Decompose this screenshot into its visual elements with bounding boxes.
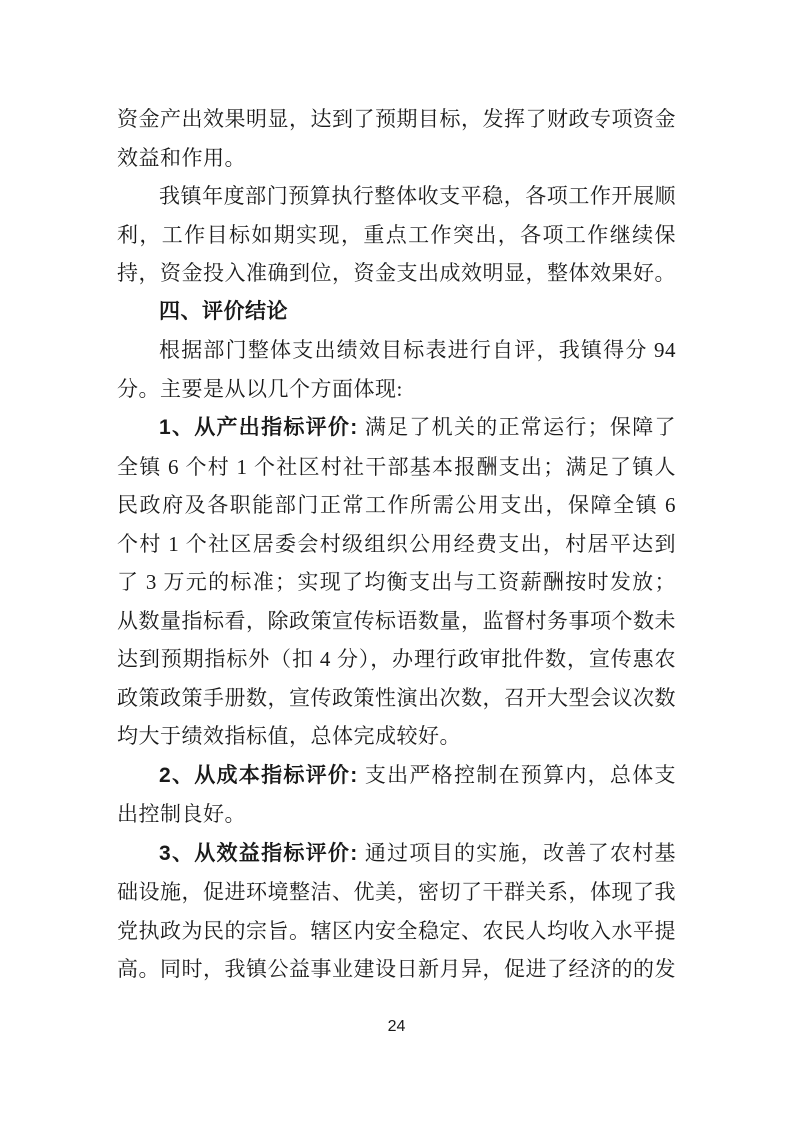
document-body: 资金产出效果明显，达到了预期目标，发挥了财政专项资金效益和作用。 我镇年度部门预… xyxy=(117,100,676,989)
cost-indicator-lead: 2、从成本指标评价: xyxy=(159,764,365,787)
output-indicator-text: 满足了机关的正常运行；保障了全镇 6 个村 1 个社区村社干部基本报酬支出；满足… xyxy=(117,415,676,748)
section-heading-evaluation-conclusion: 四、评价结论 xyxy=(117,293,676,332)
paragraph-self-evaluation-score: 根据部门整体支出绩效目标表进行自评，我镇得分 94 分。主要是从以几个方面体现: xyxy=(117,331,676,408)
paragraph-cost-indicator: 2、从成本指标评价: 支出严格控制在预算内，总体支出控制良好。 xyxy=(117,756,676,834)
page-number: 24 xyxy=(388,1018,406,1035)
paragraph-benefit-indicator: 3、从效益指标评价: 通过项目的实施，改善了农村基础设施，促进环境整洁、优美，密… xyxy=(117,834,676,989)
page-footer: 24 xyxy=(0,1016,793,1038)
paragraph-output-indicator: 1、从产出指标评价: 满足了机关的正常运行；保障了全镇 6 个村 1 个社区村社… xyxy=(117,408,676,756)
paragraph-funds-output: 资金产出效果明显，达到了预期目标，发挥了财政专项资金效益和作用。 xyxy=(117,100,676,177)
paragraph-budget-execution: 我镇年度部门预算执行整体收支平稳，各项工作开展顺利，工作目标如期实现，重点工作突… xyxy=(117,177,676,293)
output-indicator-lead: 1、从产出指标评价: xyxy=(159,416,365,439)
benefit-indicator-lead: 3、从效益指标评价: xyxy=(159,842,365,865)
document-page: 资金产出效果明显，达到了预期目标，发挥了财政专项资金效益和作用。 我镇年度部门预… xyxy=(0,0,793,1122)
